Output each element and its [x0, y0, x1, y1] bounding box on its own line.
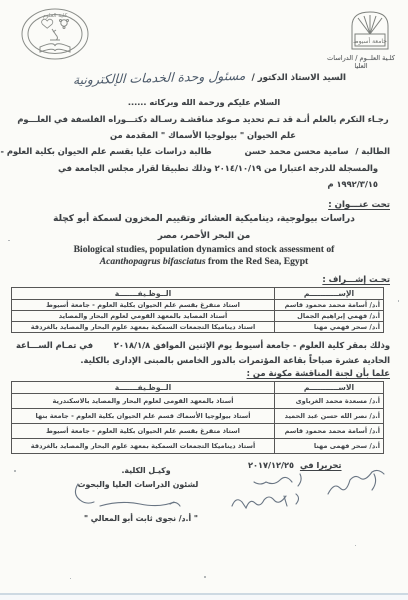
scan-speck: [14, 470, 16, 472]
thesis-title-english-rest: from the Red Sea, Egypt: [206, 256, 309, 267]
vice-dean-title-line1: وكيـل الكلية.: [88, 466, 204, 475]
seal-arc-text: كلية العلوم: [43, 12, 68, 19]
emblem-text: جامعة أسيوط: [353, 37, 387, 45]
supervisor-position: استاذ ديناميكا التجمعات السمكية بمعهد عل…: [12, 322, 275, 333]
intro-line1: رجـاء التكرم بالعلم أنـة قد تـم تحديد مـ…: [16, 111, 390, 127]
scan-speck: [70, 578, 71, 579]
supervision-heading: تحـت إشـــراف :: [322, 274, 390, 284]
supervision-col-position: الــوظـيفـــــــة: [12, 288, 275, 300]
salutation-row: السيد الاستاذ الدكتور / مسئول وحدة الخدم…: [16, 70, 346, 85]
thesis-title-english-2: Acanthopagrus bifasciatus from the Red S…: [0, 256, 408, 267]
venue-line1-end: في تمـام الســـاعة: [16, 338, 93, 353]
supervisor-name: أ.د/ فهمي إبراهيم الجمال: [275, 311, 384, 322]
table-row: أ.د/ فهمي إبراهيم الجمال أستاذ المصايد ب…: [12, 311, 384, 322]
table-row: أ.د/ أسامة محمد محمود قاسم استاذ متفرغ ب…: [12, 300, 384, 311]
committee-heading: علما بأن لجنة المناقشة مكونة من :: [247, 368, 390, 378]
committee-member-position: أستاذ بيولوجيا الأسماك قسم علم الحيوان ب…: [12, 409, 275, 424]
table-row: أ.د/ نصر الله حسن عبد الحميد أستاذ بيولو…: [12, 409, 384, 424]
thesis-title-english-1: Biological studies, population dynamics …: [0, 244, 408, 255]
assiut-university-emblem: جامعة أسيوط: [348, 8, 392, 52]
supervisor-position: استاذ متفرغ بقسم علم الحيوان بكلية العلو…: [12, 300, 275, 311]
intro-line4: والمسجلة للدرجة اعتبارا من ٢٠١٤/١٠/١٩ وذ…: [16, 160, 390, 192]
intro-paragraph: رجـاء التكرم بالعلم أنـة قد تـم تحديد مـ…: [16, 111, 390, 192]
venue-line1-start: وذلك بمقر كلية العلوم - جامعة أسيوط يوم …: [114, 338, 390, 353]
supervision-table: الإســـــــــــم الــوظـيفـــــــة أ.د/ …: [11, 287, 384, 333]
scan-speck: [8, 240, 10, 241]
table-row: أ.د/ مسعدة محمد الغرباوى أستاذ بالمعهد ا…: [12, 394, 384, 409]
committee-col-name: الاســـــــــــم: [275, 382, 384, 394]
table-row: أ.د/ سحر فهمى مهنا أستاذ ديناميكا التجمع…: [12, 439, 384, 454]
committee-member-name: أ.د/ مسعدة محمد الغرباوى: [275, 394, 384, 409]
supervision-header-row: الإســـــــــــم الــوظـيفـــــــة: [12, 288, 384, 300]
committee-table: الاســـــــــــم الــوظـيفـــــــة أ.د/ …: [11, 381, 384, 454]
greeting-line: السلام عليكم ورحمة الله وبركاته ......: [0, 97, 408, 107]
vice-dean-signature: [70, 478, 200, 514]
salutation-handwritten: مسئول وحدة الخدمات الإلكترونية: [73, 68, 246, 88]
species-name: Acanthopagrus bifasciatus: [100, 256, 206, 267]
supervisor-name: أ.د/ أسامة محمد محمود قاسم: [275, 300, 384, 311]
committee-member-name: أ.د/ سحر فهمى مهنا: [275, 439, 384, 454]
thesis-title-arabic-2: من البحر الأحمر، مصر: [0, 231, 408, 241]
student-description: طالبة دراسات عليا بقسم علم الحيوان بكلية…: [0, 146, 212, 156]
student-label: الطالبة /: [355, 146, 390, 156]
committee-header-row: الاســـــــــــم الــوظـيفـــــــة: [12, 382, 384, 394]
vice-dean-name: " أ.د/ نجوى ثابت أبو المعالي ": [56, 514, 226, 523]
venue-line1: وذلك بمقر كلية العلوم - جامعة أسيوط يوم …: [16, 338, 390, 353]
committee-member-position: أستاذ ديناميكا التجمعات السمكية بمعهد عل…: [12, 439, 275, 454]
venue-paragraph: وذلك بمقر كلية العلوم - جامعة أسيوط يوم …: [16, 338, 390, 368]
committee-member-position: أستاذ بالمعهد القومى لعلوم البحار والمصا…: [12, 394, 275, 409]
handwritten-signature-right: [322, 464, 402, 504]
department-caption-line1: كلـية العلــوم / الدراسات: [318, 54, 404, 62]
thesis-title-arabic: دراسات بيولوجية، ديناميكية العشائر وتقيي…: [0, 214, 408, 224]
venue-line2: الحادية عشرة صباحاً بقاعة المؤتمرات بالد…: [16, 353, 390, 368]
intro-line3: الطالبة / سامية محسن محمد حسن طالبة دراس…: [16, 143, 390, 160]
handwritten-date-note: [222, 468, 317, 520]
scan-speck: [398, 300, 399, 302]
intro-line2: علم الحيوان " بيولوجيا الأسماك " المقدمة…: [16, 127, 390, 143]
page-bottom-margin: [0, 595, 408, 600]
department-caption: كلـية العلــوم / الدراسات العليا: [318, 54, 404, 70]
committee-member-name: أ.د/ نصر الله حسن عبد الحميد: [275, 409, 384, 424]
salutation-printed: السيد الاستاذ الدكتور /: [252, 73, 346, 83]
scanned-letter-page: كلية العلوم جامعة أسيوط كلـية العلــوم /…: [0, 0, 408, 600]
thesis-heading: تحت عنـــوان :: [328, 200, 390, 210]
table-row: أ.د/ أسامة محمد محمود قاسم استاذ متفرغ ب…: [12, 424, 384, 439]
scan-speck: [204, 576, 206, 578]
student-name: سامية محسن محمد حسن: [245, 146, 349, 156]
committee-col-position: الــوظـيفـــــــة: [12, 382, 275, 394]
committee-member-position: استاذ متفرغ بقسم علم الحيوان بكلية العلو…: [12, 424, 275, 439]
department-caption-line2: العليا: [318, 62, 404, 70]
supervisor-position: أستاذ المصايد بالمعهد القومي لعلوم البحا…: [12, 311, 275, 322]
table-row: أ.د/ سحر فهمي مهنا استاذ ديناميكا التجمع…: [12, 322, 384, 333]
scan-speck: [355, 545, 356, 546]
supervision-col-name: الإســـــــــــم: [275, 288, 384, 300]
faculty-of-science-seal: كلية العلوم: [16, 5, 94, 63]
committee-member-name: أ.د/ أسامة محمد محمود قاسم: [275, 424, 384, 439]
supervisor-name: أ.د/ سحر فهمي مهنا: [275, 322, 384, 333]
